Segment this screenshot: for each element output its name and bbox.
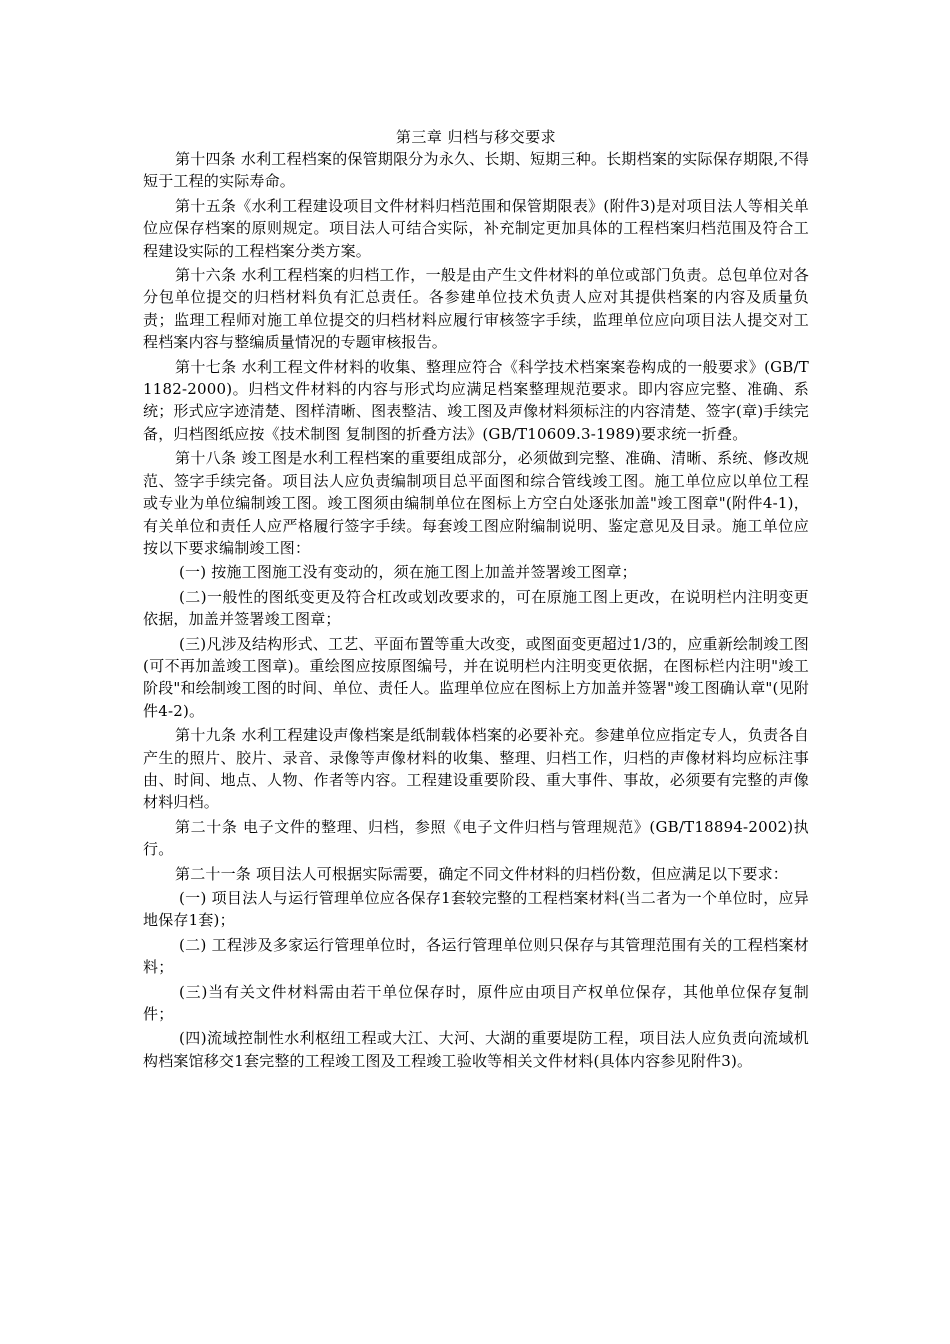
article-18: 第十八条 竣工图是水利工程档案的重要组成部分，必须做到完整、准确、清晰、系统、修… [143, 447, 809, 559]
article-15: 第十五条《水利工程建设项目文件材料归档范围和保管期限表》(附件3)是对项目法人等… [143, 195, 809, 262]
article-18-item-3: (三)凡涉及结构形式、工艺、平面布置等重大改变，或图面变更超过1/3的，应重新绘… [143, 633, 809, 723]
article-18-item-1: (一) 按施工图施工没有变动的，须在施工图上加盖并签署竣工图章； [143, 561, 809, 583]
article-20: 第二十条 电子文件的整理、归档，参照《电子文件归档与管理规范》(GB/T1889… [143, 816, 809, 861]
article-19: 第十九条 水利工程建设声像档案是纸制载体档案的必要补充。参建单位应指定专人，负责… [143, 724, 809, 814]
chapter-title: 第三章 归档与移交要求 [143, 126, 809, 148]
document-page: 第三章 归档与移交要求 第十四条 水利工程档案的保管期限分为永久、长期、短期三种… [143, 126, 809, 1074]
article-21-item-1: (一) 项目法人与运行管理单位应各保存1套较完整的工程档案材料(当二者为一个单位… [143, 887, 809, 932]
article-21-item-2: (二) 工程涉及多家运行管理单位时，各运行管理单位则只保存与其管理范围有关的工程… [143, 934, 809, 979]
article-21: 第二十一条 项目法人可根据实际需要，确定不同文件材料的归档份数，但应满足以下要求… [143, 863, 809, 885]
article-21-item-3: (三)当有关文件材料需由若干单位保存时，原件应由项目产权单位保存，其他单位保存复… [143, 981, 809, 1026]
article-18-item-2: (二)一般性的图纸变更及符合杠改或划改要求的，可在原施工图上更改，在说明栏内注明… [143, 586, 809, 631]
article-21-item-4: (四)流域控制性水利枢纽工程或大江、大河、大湖的重要堤防工程，项目法人应负责向流… [143, 1027, 809, 1072]
article-16: 第十六条 水利工程档案的归档工作，一般是由产生文件材料的单位或部门负责。总包单位… [143, 264, 809, 354]
article-17: 第十七条 水利工程文件材料的收集、整理应符合《科学技术档案案卷构成的一般要求》(… [143, 356, 809, 446]
article-14: 第十四条 水利工程档案的保管期限分为永久、长期、短期三种。长期档案的实际保存期限… [143, 148, 809, 193]
